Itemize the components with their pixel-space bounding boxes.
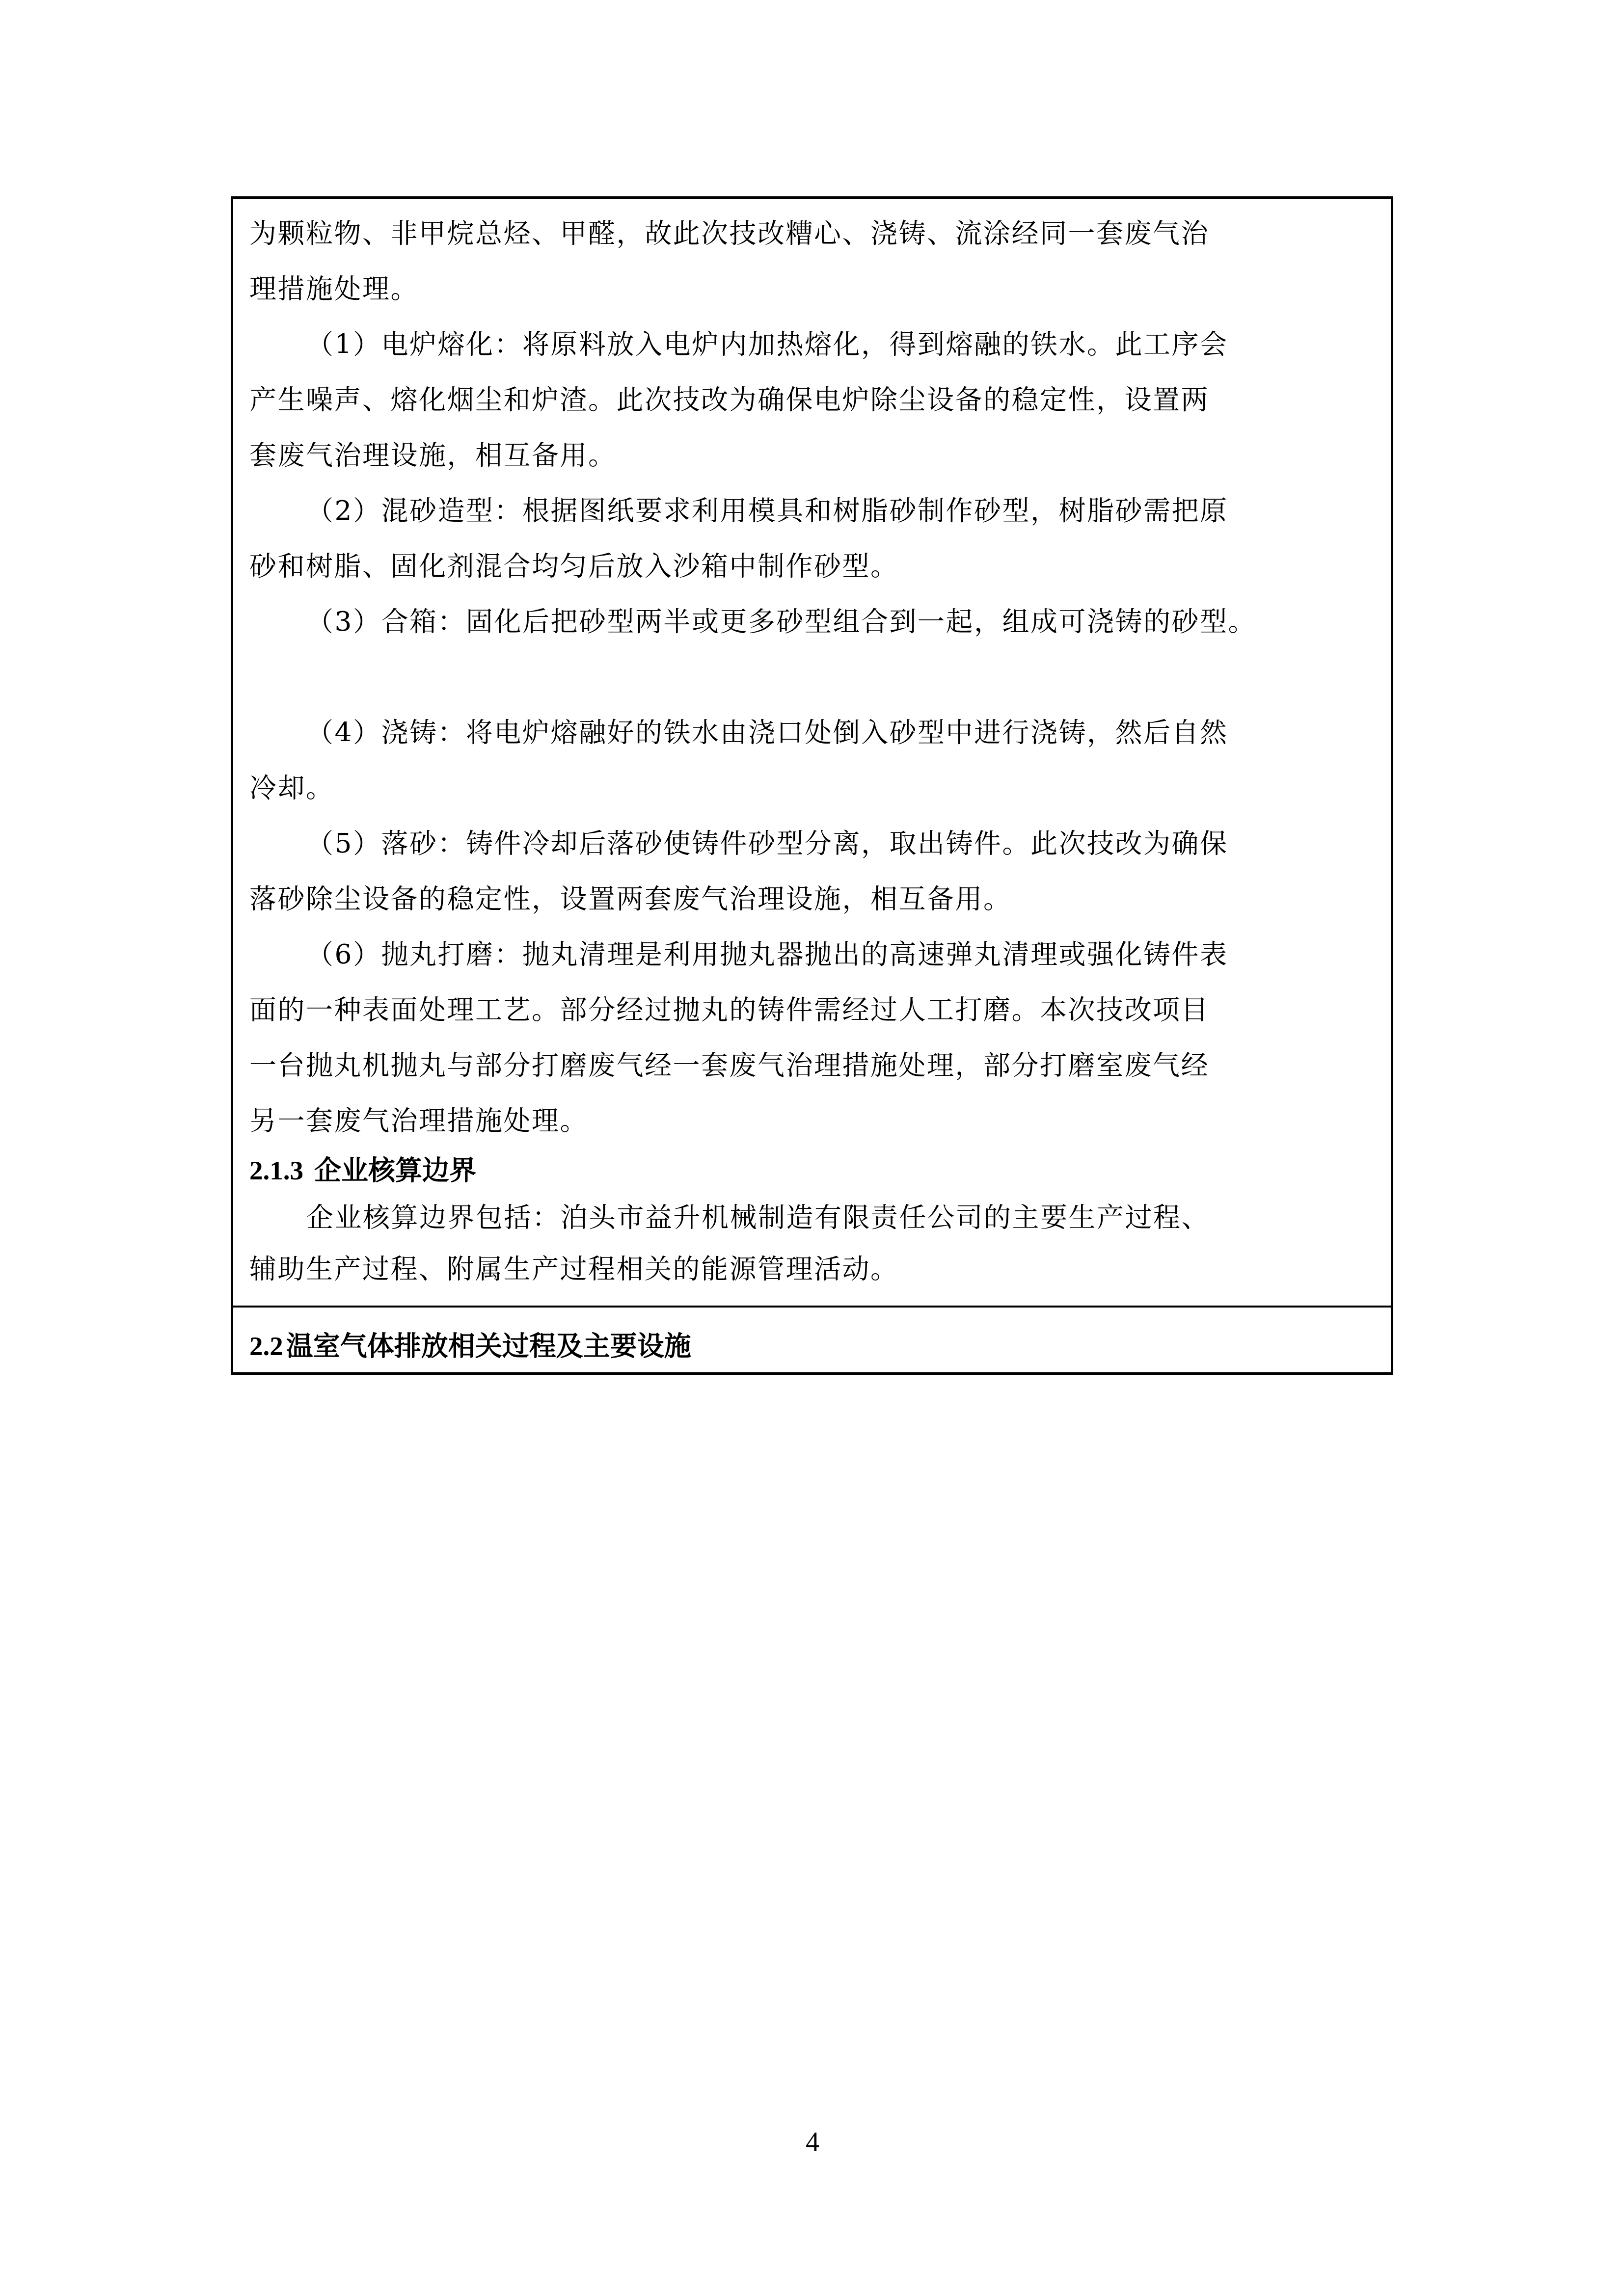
section-number: 2.1.3 [249,1155,303,1185]
paragraph-line: （1）电炉熔化：将原料放入电炉内加热熔化，得到熔融的铁水。此工序会 [249,317,1391,372]
step-1-electric-furnace-melting: （1）电炉熔化：将原料放入电炉内加热熔化，得到熔融的铁水。此工序会 产生噪声、熔… [249,317,1391,483]
paragraph-line: 企业核算边界包括：泊头市益升机械制造有限责任公司的主要生产过程、 [249,1193,1391,1242]
section-title: 温室气体排放相关过程及主要设施 [286,1331,691,1361]
step-3-mold-closing: （3）合箱：固化后把砂型两半或更多砂型组合到一起，组成可浇铸的砂型。 [249,594,1391,705]
step-2-sand-molding: （2）混砂造型：根据图纸要求利用模具和树脂砂制作砂型，树脂砂需把原 砂和树脂、固… [249,483,1391,594]
paragraph-line: 一台抛丸机抛丸与部分打磨废气经一套废气治理措施处理，部分打磨室废气经 [249,1038,1391,1093]
paragraph-line: 理措施处理。 [249,261,1391,317]
section-title: 企业核算边界 [314,1155,476,1185]
accounting-boundary-paragraph: 企业核算边界包括：泊头市益升机械制造有限责任公司的主要生产过程、 辅助生产过程、… [249,1193,1391,1296]
paragraph-line: （2）混砂造型：根据图纸要求利用模具和树脂砂制作砂型，树脂砂需把原 [249,483,1391,538]
paragraph-line: 冷却。 [249,760,1391,816]
step-6-shot-blasting-grinding: （6）抛丸打磨：抛丸清理是利用抛丸器抛出的高速弹丸清理或强化铸件表 面的一种表面… [249,927,1391,1148]
paragraph-line: 面的一种表面处理工艺。部分经过抛丸的铸件需经过人工打磨。本次技改项目 [249,982,1391,1038]
step-4-pouring: （4）浇铸：将电炉熔融好的铁水由浇口处倒入砂型中进行浇铸，然后自然 冷却。 [249,705,1391,816]
paragraph-line: 辅助生产过程、附属生产过程相关的能源管理活动。 [249,1242,1391,1296]
paragraph-line: 为颗粒物、非甲烷总烃、甲醛，故此次技改糟心、浇铸、流涂经同一套废气治 [249,206,1391,261]
paragraph-line: 砂和树脂、固化剂混合均匀后放入沙箱中制作砂型。 [249,538,1391,594]
paragraph-line: （3）合箱：固化后把砂型两半或更多砂型组合到一起，组成可浇铸的砂型。 [249,594,1391,649]
paragraph-line: （6）抛丸打磨：抛丸清理是利用抛丸器抛出的高速弹丸清理或强化铸件表 [249,927,1391,982]
content-table: 为颗粒物、非甲烷总烃、甲醛，故此次技改糟心、浇铸、流涂经同一套废气治 理措施处理… [231,196,1393,1375]
section-heading-2-2: 2.2温室气体排放相关过程及主要设施 [249,1324,691,1368]
section-number: 2.2 [249,1331,283,1361]
paragraph-line: 套废气治理设施，相互备用。 [249,427,1391,483]
process-description-cell: 为颗粒物、非甲烷总烃、甲醛，故此次技改糟心、浇铸、流涂经同一套废气治 理措施处理… [233,199,1391,1306]
page-number: 4 [800,2128,825,2157]
paragraph-line: 另一套废气治理措施处理。 [249,1093,1391,1148]
paragraph-line: 落砂除尘设备的稳定性，设置两套废气治理设施，相互备用。 [249,871,1391,927]
paragraph-line: 产生噪声、熔化烟尘和炉渣。此次技改为确保电炉除尘设备的稳定性，设置两 [249,372,1391,427]
paragraph-line: （5）落砂：铸件冷却后落砂使铸件砂型分离，取出铸件。此次技改为确保 [249,816,1391,871]
continuation-paragraph: 为颗粒物、非甲烷总烃、甲醛，故此次技改糟心、浇铸、流涂经同一套废气治 理措施处理… [249,206,1391,317]
step-5-shakeout: （5）落砂：铸件冷却后落砂使铸件砂型分离，取出铸件。此次技改为确保 落砂除尘设备… [249,816,1391,927]
blank-line [249,649,1391,705]
section-heading-2-1-3: 2.1.3企业核算边界 [249,1148,1391,1193]
paragraph-line: （4）浇铸：将电炉熔融好的铁水由浇口处倒入砂型中进行浇铸，然后自然 [249,705,1391,760]
section-2-2-cell: 2.2温室气体排放相关过程及主要设施 [233,1306,1391,1372]
